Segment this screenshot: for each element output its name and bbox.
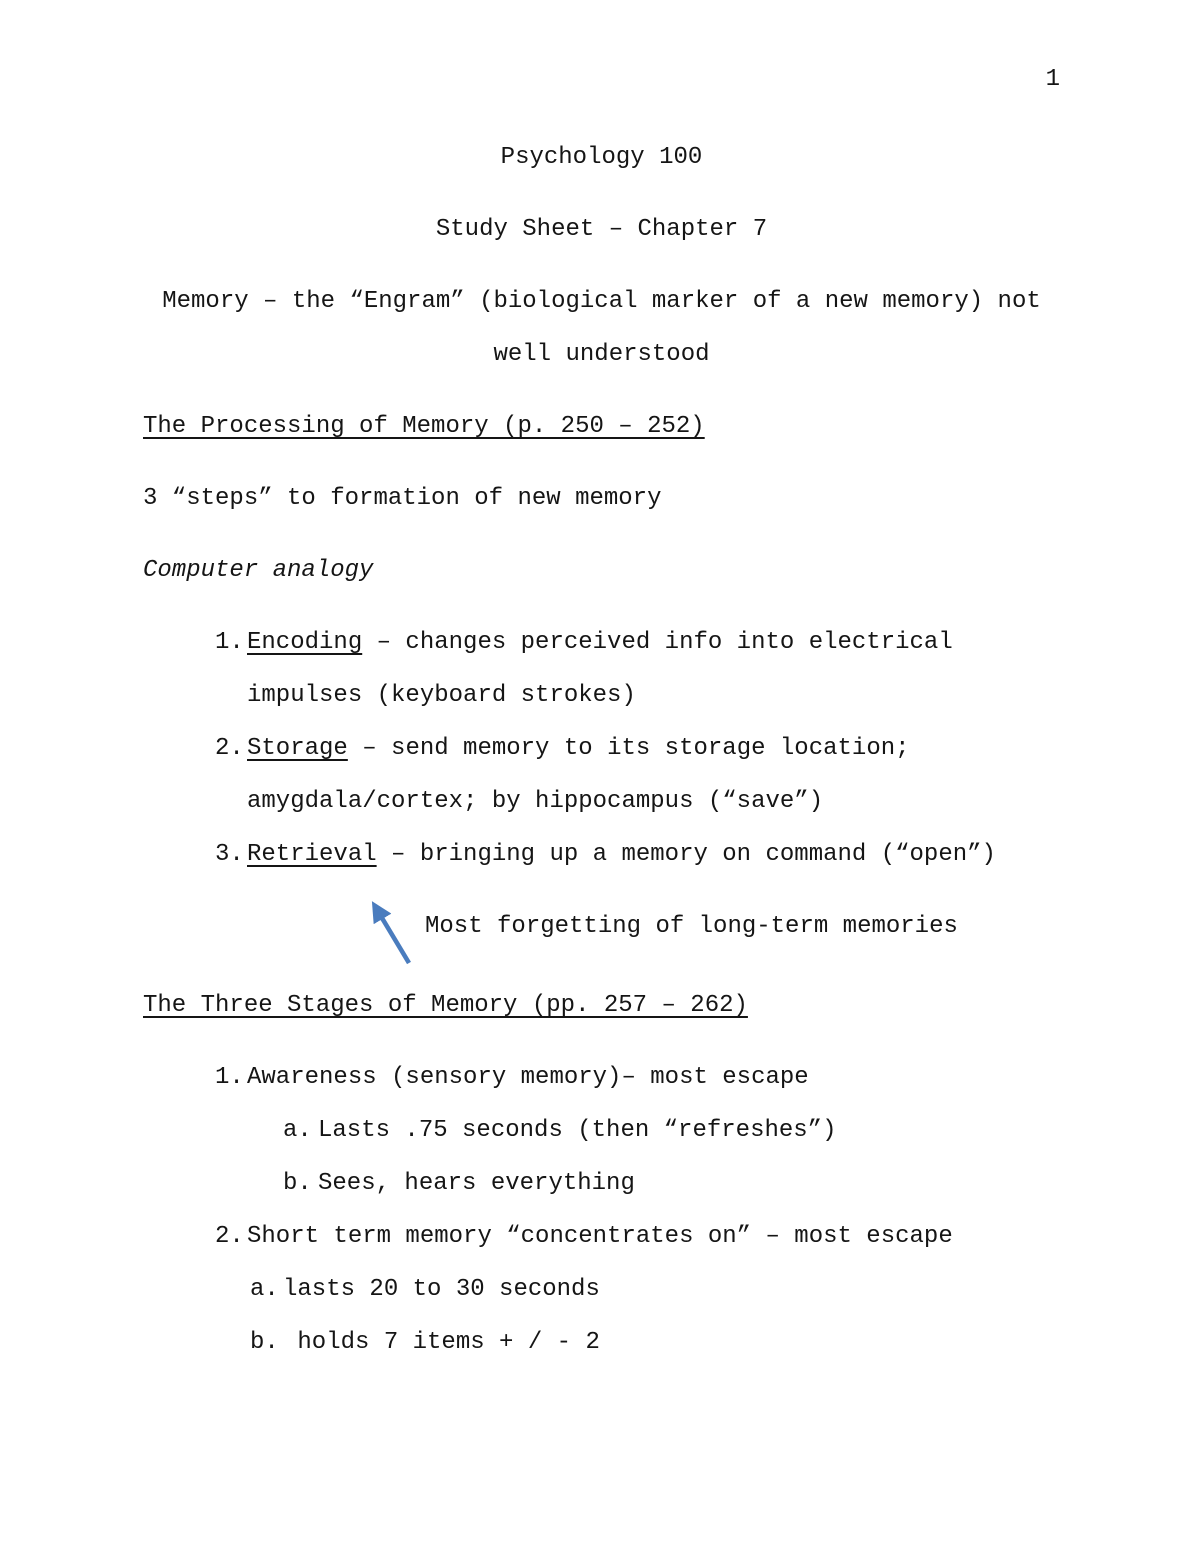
list-marker: a. <box>250 1263 283 1316</box>
step-text: – changes perceived info into electrical <box>362 629 953 656</box>
stage-text: holds 7 items + / - 2 <box>283 1329 600 1356</box>
stage-subitem-sees: b.Sees, hears everything <box>143 1157 1060 1210</box>
list-marker: b. <box>283 1157 318 1210</box>
stages-heading: The Three Stages of Memory (pp. 257 – 26… <box>143 979 1060 1032</box>
step-text: – send memory to its storage location; <box>348 735 910 762</box>
stage-subitem-lasts-20: a.lasts 20 to 30 seconds <box>143 1263 1060 1316</box>
stage-subitem-holds: b. holds 7 items + / - 2 <box>143 1316 1060 1369</box>
intro-paragraph: Memory – the “Engram” (biological marker… <box>143 275 1060 381</box>
stage-item-short-term: 2.Short term memory “concentrates on” – … <box>143 1210 1060 1263</box>
sheet-title: Study Sheet – Chapter 7 <box>143 203 1060 256</box>
stage-text: Lasts .75 seconds (then “refreshes”) <box>318 1117 836 1144</box>
list-marker: 3. <box>215 828 247 881</box>
list-item-encoding-continuation: impulses (keyboard strokes) <box>143 669 1060 722</box>
course-title: Psychology 100 <box>143 131 1060 184</box>
arrow-annotation: Most forgetting of long-term memories <box>143 900 1060 953</box>
intro-line-1: Memory – the “Engram” (biological marker… <box>143 275 1060 328</box>
step-text: – bringing up a memory on command (“open… <box>377 841 996 868</box>
list-marker: 2. <box>215 722 247 775</box>
processing-heading: The Processing of Memory (p. 250 – 252) <box>143 400 1060 453</box>
analogy-label: Computer analogy <box>143 544 1060 597</box>
processing-heading-text: The Processing of Memory (p. 250 – 252) <box>143 413 705 440</box>
stages-list: 1.Awareness (sensory memory)– most escap… <box>143 1051 1060 1369</box>
processing-steps-list: 1.Encoding – changes perceived info into… <box>143 616 1060 881</box>
list-marker: b. <box>250 1316 283 1369</box>
list-item-storage: 2.Storage – send memory to its storage l… <box>143 722 1060 775</box>
list-item-storage-continuation: amygdala/cortex; by hippocampus (“save”) <box>143 775 1060 828</box>
sheet-title-text: Study Sheet – Chapter 7 <box>143 203 1060 256</box>
list-item-encoding: 1.Encoding – changes perceived info into… <box>143 616 1060 669</box>
step-term: Storage <box>247 735 348 762</box>
course-title-text: Psychology 100 <box>143 131 1060 184</box>
intro-line-2: well understood <box>143 328 1060 381</box>
list-marker: 2. <box>215 1210 247 1263</box>
lead-paragraph: 3 “steps” to formation of new memory <box>143 472 1060 525</box>
analogy-label-text: Computer analogy <box>143 544 1060 597</box>
list-marker: 1. <box>215 616 247 669</box>
list-marker: 1. <box>215 1051 247 1104</box>
document-page: 1 Psychology 100 Study Sheet – Chapter 7… <box>0 0 1200 1553</box>
step-term: Retrieval <box>247 841 377 868</box>
step-term: Encoding <box>247 629 362 656</box>
stage-item-awareness: 1.Awareness (sensory memory)– most escap… <box>143 1051 1060 1104</box>
lead-text: 3 “steps” to formation of new memory <box>143 472 1060 525</box>
stages-heading-text: The Three Stages of Memory (pp. 257 – 26… <box>143 992 748 1019</box>
stage-subitem-lasts: a.Lasts .75 seconds (then “refreshes”) <box>143 1104 1060 1157</box>
up-left-arrow-icon <box>360 892 420 972</box>
page-number: 1 <box>1046 65 1060 95</box>
document-body: Psychology 100 Study Sheet – Chapter 7 M… <box>143 131 1060 1388</box>
list-marker: a. <box>283 1104 318 1157</box>
list-item-retrieval: 3.Retrieval – bringing up a memory on co… <box>143 828 1060 881</box>
arrow-note-text: Most forgetting of long-term memories <box>425 900 1060 953</box>
stage-text: Awareness (sensory memory)– most escape <box>247 1064 809 1091</box>
stage-text: lasts 20 to 30 seconds <box>283 1276 600 1303</box>
stage-text: Short term memory “concentrates on” – mo… <box>247 1223 953 1250</box>
stage-text: Sees, hears everything <box>318 1170 635 1197</box>
